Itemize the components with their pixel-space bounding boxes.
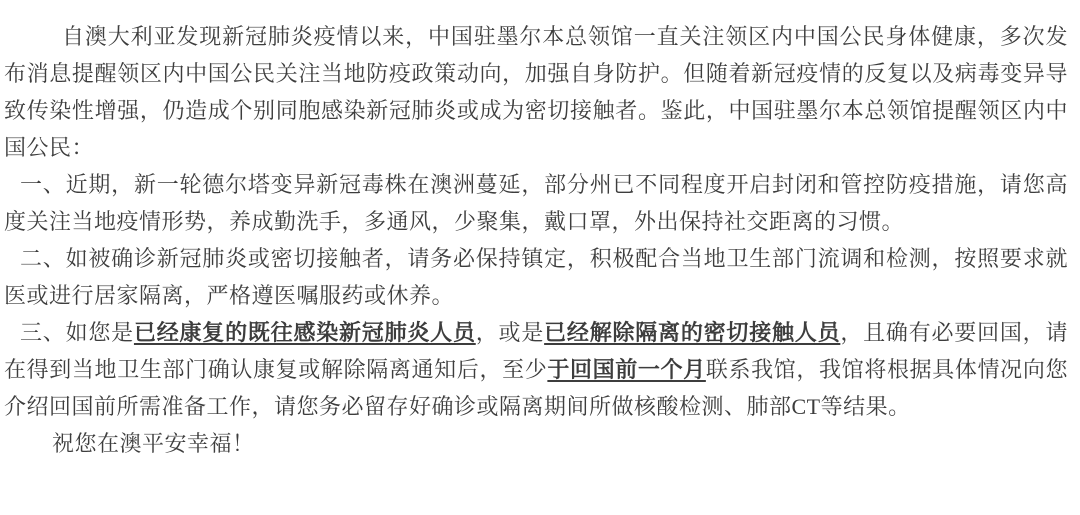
paragraph-intro: 自澳大利亚发现新冠肺炎疫情以来，中国驻墨尔本总领馆一直关注领区内中国公民身体健康… xyxy=(4,18,1068,166)
paragraph-closing: 祝您在澳平安幸福！ xyxy=(4,425,1068,462)
item-3-emphasis-one-month-before-return: 于回国前一个月 xyxy=(547,357,705,382)
notice-item-1: 一、近期，新一轮德尔塔变异新冠毒株在澳洲蔓延，部分州已不同程度开启封闭和管控防疫… xyxy=(4,166,1068,240)
notice-item-3: 三、如您是已经康复的既往感染新冠肺炎人员，或是已经解除隔离的密切接触人员，且确有… xyxy=(4,314,1068,425)
document-page: 自澳大利亚发现新冠肺炎疫情以来，中国驻墨尔本总领馆一直关注领区内中国公民身体健康… xyxy=(0,0,1080,515)
item-3-text: 三、如您是 xyxy=(20,320,134,345)
item-3-emphasis-recovered-patients: 已经康复的既往感染新冠肺炎人员 xyxy=(134,320,476,345)
item-3-text: ，或是 xyxy=(476,320,544,345)
notice-item-2: 二、如被确诊新冠肺炎或密切接触者，请务必保持镇定，积极配合当地卫生部门流调和检测… xyxy=(4,240,1068,314)
item-3-emphasis-released-contacts: 已经解除隔离的密切接触人员 xyxy=(544,320,840,345)
